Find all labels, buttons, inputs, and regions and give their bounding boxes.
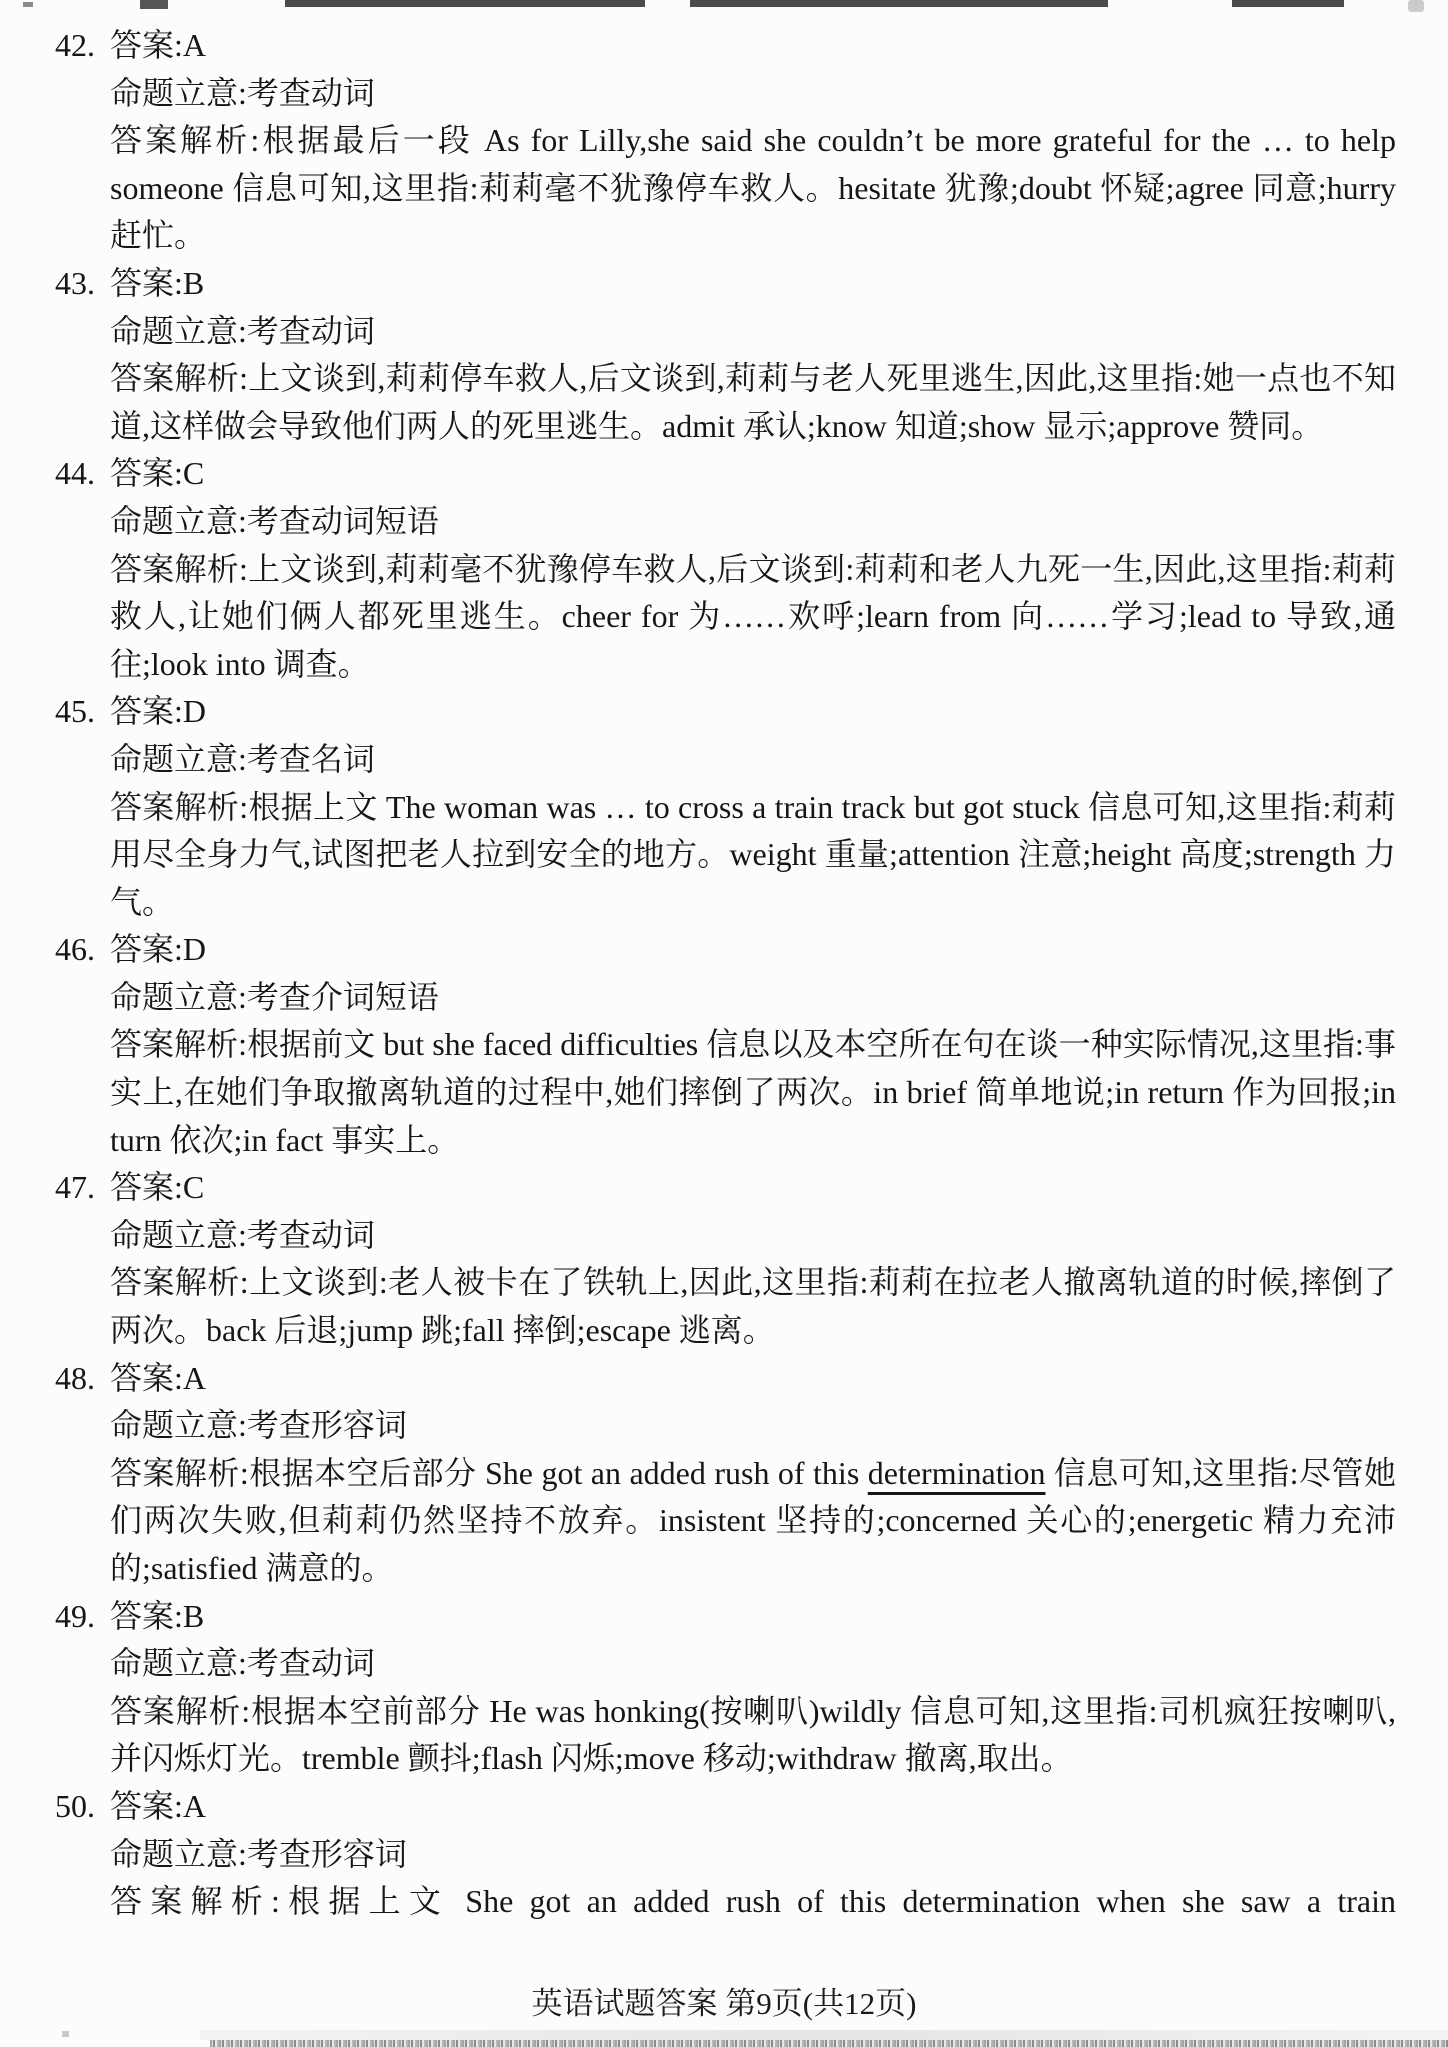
question-number: 47. [55,1164,110,1212]
answer-line: 48.答案:A [0,1355,1448,1403]
question-number: 43. [55,260,110,308]
question-number: 49. [55,1593,110,1641]
answer-line: 42.答案:A [0,22,1448,70]
intent-line: 命题立意:考查形容词 [110,1402,1396,1450]
answer-label: 答案:D [110,693,206,729]
analysis-text: 答案解析:根据上文 The woman was … to cross a tra… [110,784,1396,927]
analysis-text: 答案解析:根据本空后部分 She got an added rush of th… [110,1450,1396,1593]
answer-line: 50.答案:A [0,1783,1448,1831]
answer-line: 46.答案:D [0,926,1448,974]
answer-label: 答案:C [110,1169,204,1205]
answer-line: 49.答案:B [0,1593,1448,1641]
answer-item-50: 50.答案:A 命题立意:考查形容词 答案解析:根据上文 She got an … [0,1783,1448,1926]
answer-item-48: 48.答案:A 命题立意:考查形容词 答案解析:根据本空后部分 She got … [0,1355,1448,1593]
answer-label: 答案:D [110,931,206,967]
answer-item-43: 43.答案:B 命题立意:考查动词 答案解析:上文谈到,莉莉停车救人,后文谈到,… [0,260,1448,450]
scan-noise-blur [200,2030,1448,2040]
analysis-text: 答案解析:根据最后一段 As for Lilly,she said she co… [110,117,1396,260]
question-number: 44. [55,450,110,498]
answer-label: 答案:A [110,27,206,63]
intent-line: 命题立意:考查介词短语 [110,974,1396,1022]
underlined-word: determination [868,1455,1046,1491]
analysis-text: 答案解析:上文谈到,莉莉停车救人,后文谈到,莉莉与老人死里逃生,因此,这里指:她… [110,355,1396,450]
answer-line: 45.答案:D [0,688,1448,736]
answer-item-45: 45.答案:D 命题立意:考查名词 答案解析:根据上文 The woman wa… [0,688,1448,926]
question-number: 50. [55,1783,110,1831]
analysis-text: 答案解析:根据本空前部分 He was honking(按喇叭)wildly 信… [110,1688,1396,1783]
scan-noise-dot [62,2031,69,2037]
answer-line: 47.答案:C [0,1164,1448,1212]
answer-item-42: 42.答案:A 命题立意:考查动词 答案解析:根据最后一段 As for Lil… [0,22,1448,260]
question-number: 48. [55,1355,110,1403]
answer-item-49: 49.答案:B 命题立意:考查动词 答案解析:根据本空前部分 He was ho… [0,1593,1448,1783]
question-number: 42. [55,22,110,70]
intent-line: 命题立意:考查名词 [110,736,1396,784]
question-number: 46. [55,926,110,974]
analysis-segment: 答案解析:根据本空后部分 She got an added rush of th… [110,1455,868,1491]
answer-sheet-page: 42.答案:A 命题立意:考查动词 答案解析:根据最后一段 As for Lil… [0,0,1448,2047]
answer-label: 答案:B [110,265,204,301]
analysis-text: 答案解析:根据前文 but she faced difficulties 信息以… [110,1021,1396,1164]
answer-label: 答案:C [110,455,204,491]
page-footer: 英语试题答案 第9页(共12页) [0,1986,1448,2022]
analysis-text: 答案解析:上文谈到:老人被卡在了铁轨上,因此,这里指:莉莉在拉老人撤离轨道的时候… [110,1259,1396,1354]
answer-item-46: 46.答案:D 命题立意:考查介词短语 答案解析:根据前文 but she fa… [0,926,1448,1164]
answer-label: 答案:A [110,1788,206,1824]
scan-noise-strip [210,2040,1448,2047]
intent-line: 命题立意:考查动词 [110,308,1396,356]
answer-item-47: 47.答案:C 命题立意:考查动词 答案解析:上文谈到:老人被卡在了铁轨上,因此… [0,1164,1448,1354]
question-number: 45. [55,688,110,736]
intent-line: 命题立意:考查动词 [110,70,1396,118]
answer-line: 44.答案:C [0,450,1448,498]
intent-line: 命题立意:考查形容词 [110,1831,1396,1879]
intent-line: 命题立意:考查动词 [110,1640,1396,1688]
analysis-text: 答案解析:上文谈到,莉莉毫不犹豫停车救人,后文谈到:莉莉和老人九死一生,因此,这… [110,546,1396,689]
intent-line: 命题立意:考查动词 [110,1212,1396,1260]
answer-label: 答案:A [110,1360,206,1396]
answer-item-44: 44.答案:C 命题立意:考查动词短语 答案解析:上文谈到,莉莉毫不犹豫停车救人… [0,450,1448,688]
answer-line: 43.答案:B [0,260,1448,308]
intent-line: 命题立意:考查动词短语 [110,498,1396,546]
analysis-text: 答案解析:根据上文 She got an added rush of this … [110,1878,1396,1926]
answer-label: 答案:B [110,1598,204,1634]
